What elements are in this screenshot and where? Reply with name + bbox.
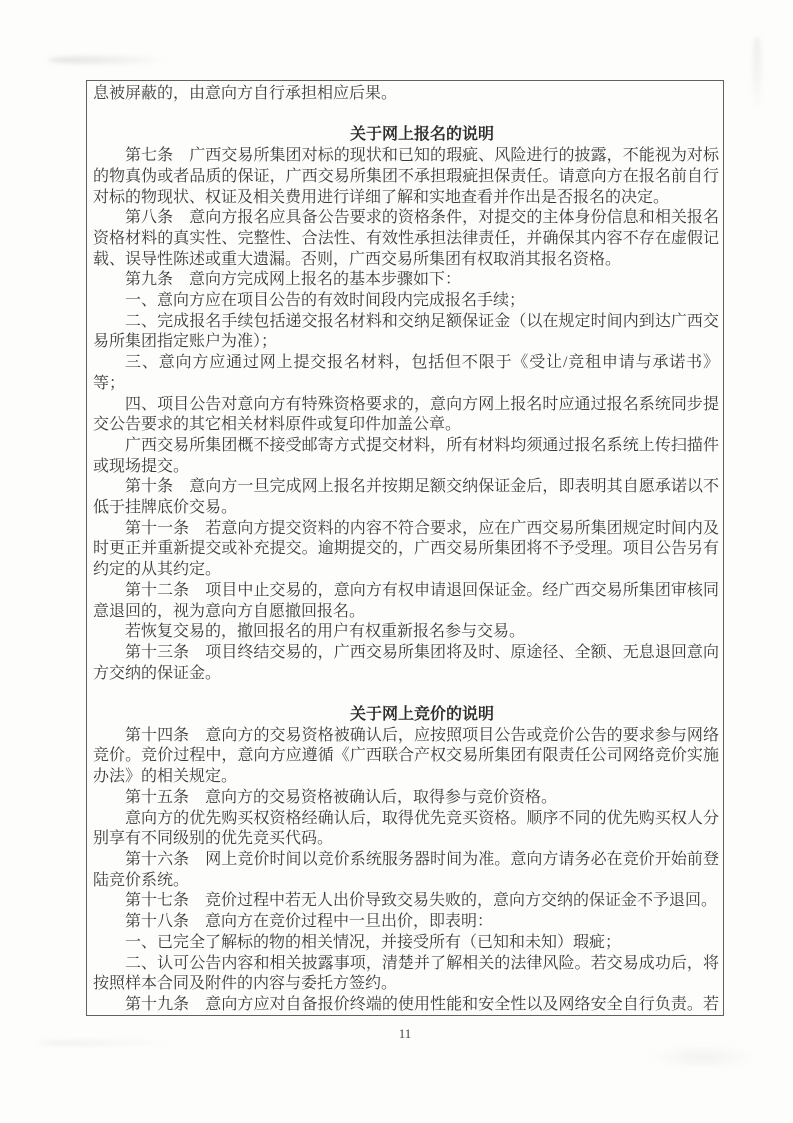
paragraph: 第十五条 意向方的交易资格被确认后，取得参与竞价资格。	[93, 788, 719, 809]
section-heading: 关于网上报名的说明	[93, 125, 719, 146]
paragraph: 二、认可公告内容和相关披露事项，清楚并了解相关的法律风险。若交易成功后，将按照样…	[93, 954, 719, 995]
paragraph: 意向方的优先购买权资格经确认后，取得优先竞买资格。顺序不同的优先购买权人分别享有…	[93, 809, 719, 850]
paragraph: 第十三条 项目终结交易的，广西交易所集团将及时、原途径、全额、无息退回意向方交纳…	[93, 643, 719, 684]
page-number: 11	[86, 1026, 724, 1041]
paragraph: 第八条 意向方报名应具备公告要求的资格条件，对提交的主体身份信息和相关报名资格材…	[93, 208, 719, 270]
scan-artifact	[48, 56, 163, 64]
document-page: 息被屏蔽的，由意向方自行承担相应后果。 关于网上报名的说明第七条 广西交易所集团…	[0, 0, 793, 1123]
continuation-paragraph: 息被屏蔽的，由意向方自行承担相应后果。	[93, 84, 719, 105]
paragraph: 第十二条 项目中止交易的，意向方有权申请退回保证金。经广西交易所集团审核同意退回…	[93, 581, 719, 622]
content-frame: 息被屏蔽的，由意向方自行承担相应后果。 关于网上报名的说明第七条 广西交易所集团…	[86, 80, 724, 1016]
paragraph: 三、意向方应通过网上提交报名材料，包括但不限于《受让/竞租申请与承诺书》等；	[93, 353, 719, 394]
paragraph: 二、完成报名手续包括递交报名材料和交纳足额保证金（以在规定时间内到达广西交易所集…	[93, 312, 719, 353]
paragraph: 一、意向方应在项目公告的有效时间段内完成报名手续；	[93, 291, 719, 312]
paragraph: 第十一条 若意向方提交资料的内容不符合要求，应在广西交易所集团规定时间内及时更正…	[93, 519, 719, 581]
scan-artifact	[752, 36, 762, 112]
paragraph: 第九条 意向方完成网上报名的基本步骤如下：	[93, 270, 719, 291]
scan-artifact	[648, 1044, 758, 1070]
paragraph: 第十七条 竞价过程中若无人出价导致交易失败的，意向方交纳的保证金不予退回。	[93, 891, 719, 912]
paragraph: 四、项目公告对意向方有特殊资格要求的，意向方网上报名时应通过报名系统同步提交公告…	[93, 395, 719, 436]
paragraph: 第十八条 意向方在竞价过程中一旦出价，即表明：	[93, 912, 719, 933]
paragraph: 第十条 意向方一旦完成网上报名并按期足额交纳保证金后，即表明其自愿承诺以不低于挂…	[93, 477, 719, 518]
paragraph: 第七条 广西交易所集团对标的现状和已知的瑕疵、风险进行的披露，不能视为对标的物真…	[93, 146, 719, 208]
section-heading: 关于网上竞价的说明	[93, 705, 719, 726]
document-sections: 关于网上报名的说明第七条 广西交易所集团对标的现状和已知的瑕疵、风险进行的披露，…	[93, 125, 719, 1016]
paragraph: 第十九条 意向方应对自备报价终端的使用性能和安全性以及网络安全自行负责。若因设备…	[93, 995, 719, 1016]
paragraph: 一、已完全了解标的物的相关情况，并接受所有（已知和未知）瑕疵；	[93, 933, 719, 954]
paragraph: 若恢复交易的，撤回报名的用户有权重新报名参与交易。	[93, 622, 719, 643]
paragraph: 第十六条 网上竞价时间以竞价系统服务器时间为准。意向方请务必在竞价开始前登陆竞价…	[93, 850, 719, 891]
paragraph: 广西交易所集团概不接受邮寄方式提交材料，所有材料均须通过报名系统上传扫描件或现场…	[93, 436, 719, 477]
paragraph: 第十四条 意向方的交易资格被确认后，应按照项目公告或竞价公告的要求参与网络竞价。…	[93, 726, 719, 788]
